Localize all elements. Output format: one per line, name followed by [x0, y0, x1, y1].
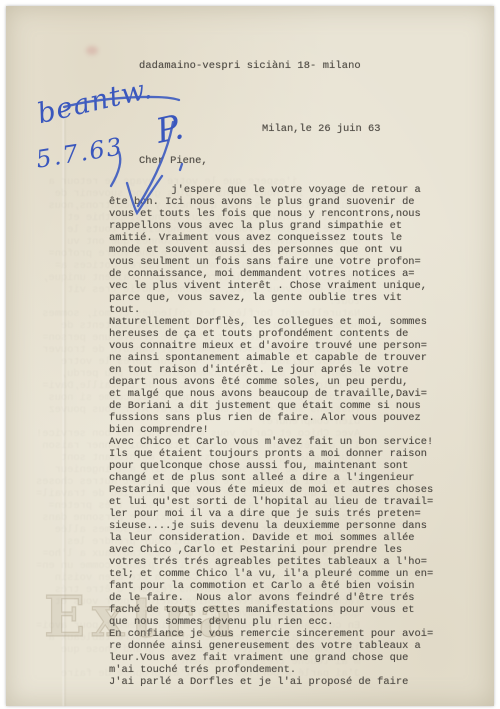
- letter-date: Milan,le 26 juin 63: [262, 123, 380, 135]
- letter-body: j'espere que le votre voyage de retour a…: [109, 184, 433, 688]
- pen-flourish-icon: P.: [21, 91, 201, 226]
- sender-address: dadamaino-vespri siciàni 18- milano: [139, 60, 361, 72]
- paper-stain: [86, 46, 98, 55]
- annotation-initial: P.: [152, 107, 188, 152]
- pen-crossbar-stroke: [64, 97, 179, 107]
- pen-dot-stroke: [180, 164, 182, 170]
- letter-page: Extra j'espere que le votre voyage de re…: [6, 6, 494, 706]
- pen-paren-stroke: [111, 152, 120, 186]
